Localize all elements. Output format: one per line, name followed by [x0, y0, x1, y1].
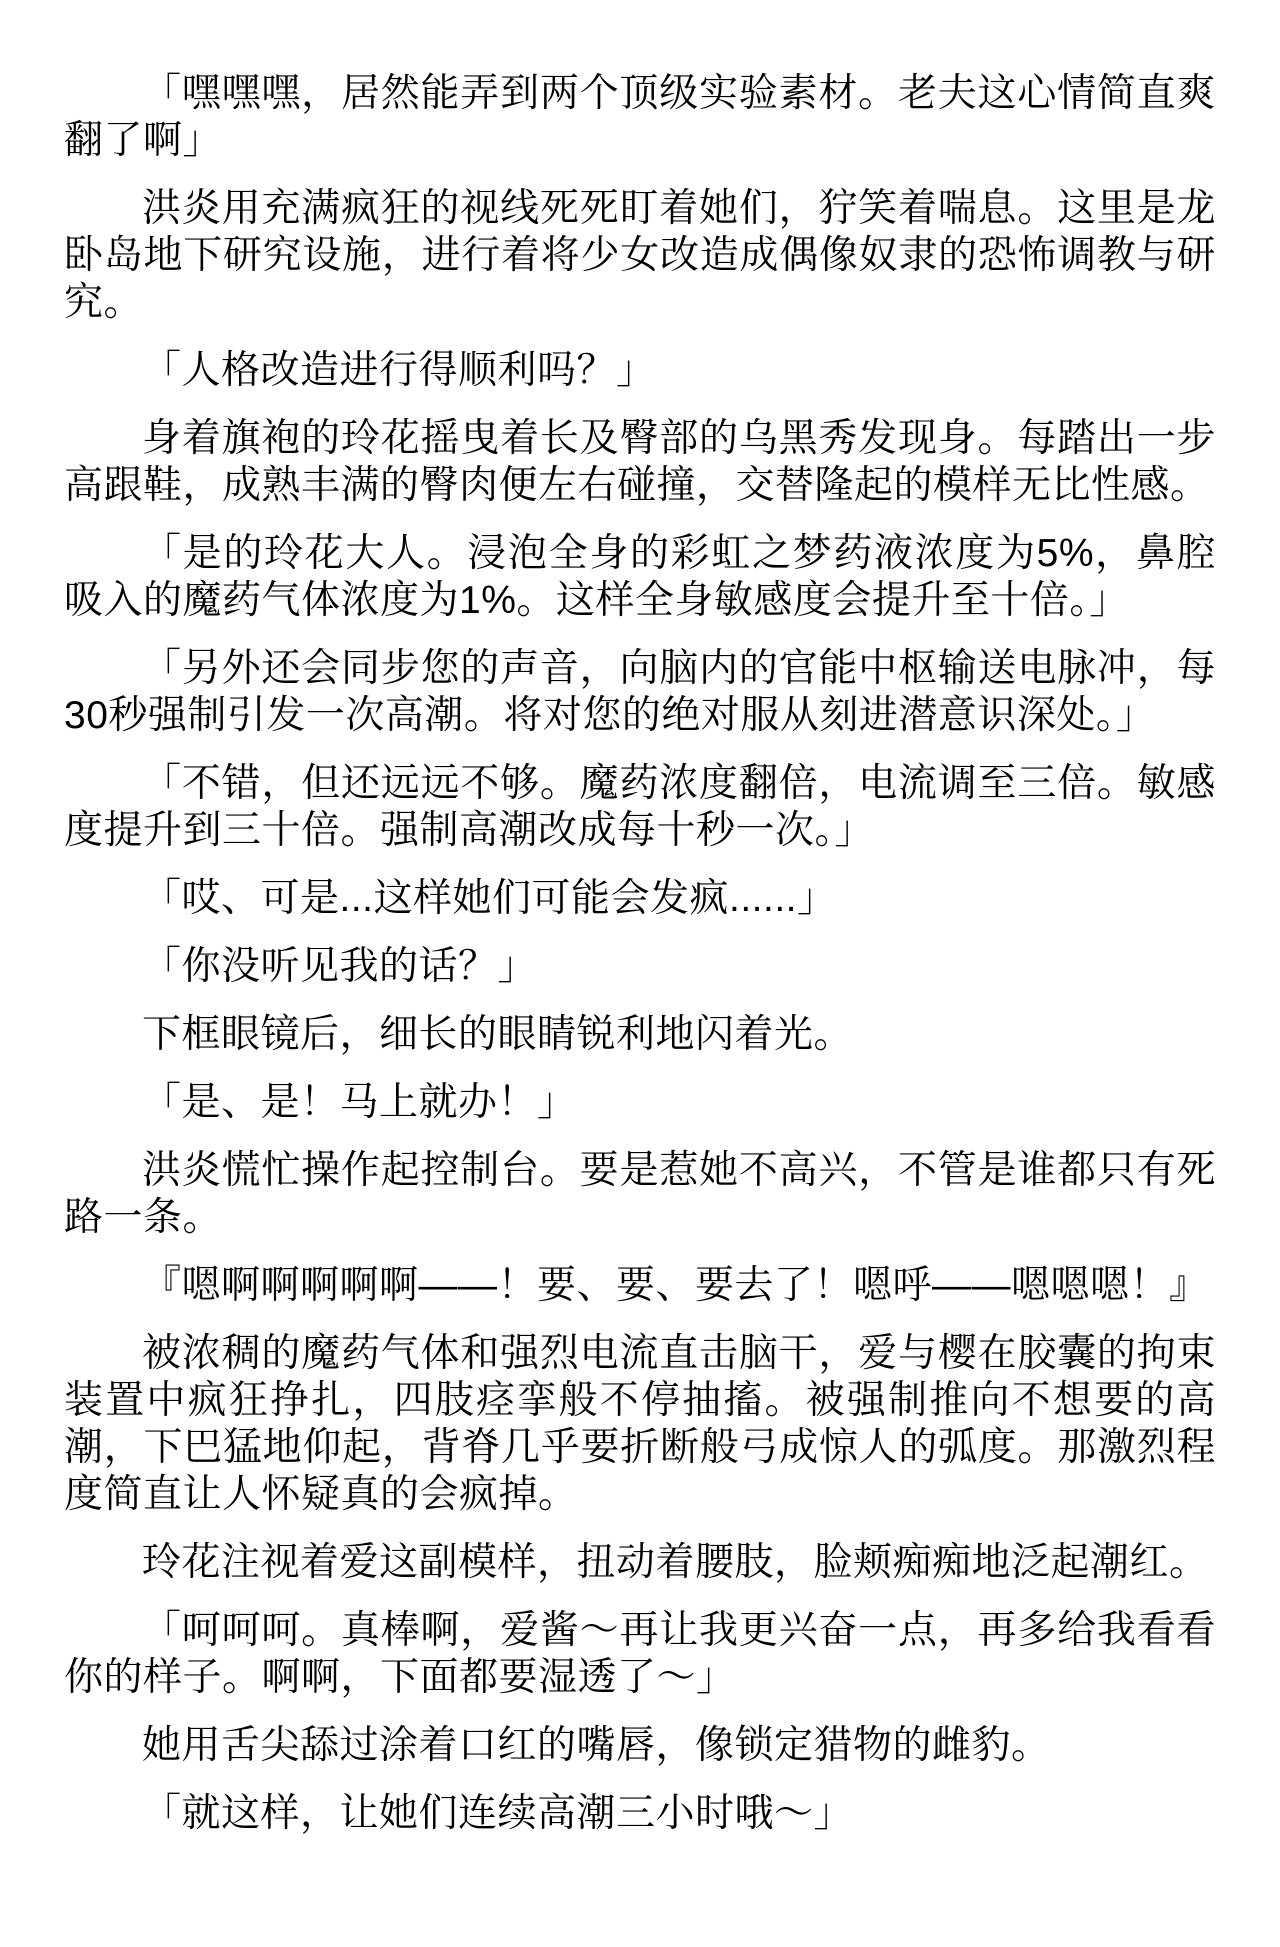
paragraph-narration-4: 洪炎慌忙操作起控制台。要是惹她不高兴，不管是谁都只有死路一条。	[64, 1147, 1216, 1241]
document-page: 「嘿嘿嘿，居然能弄到两个顶级实验素材。老夫这心情简直爽翻了啊」 洪炎用充满疯狂的…	[0, 0, 1280, 1947]
paragraph-dialogue-4: 「另外还会同步您的声音，向脑内的官能中枢输送电脉冲，每30秒强制引发一次高潮。将…	[64, 645, 1216, 739]
paragraph-dialogue-10: 「就这样，让她们连续高潮三小时哦～」	[64, 1790, 1216, 1837]
paragraph-narration-3: 下框眼镜后，细长的眼睛锐利地闪着光。	[64, 1011, 1216, 1058]
paragraph-dialogue-8: 「是、是！马上就办！」	[64, 1079, 1216, 1126]
paragraph-dialogue-2: 「人格改造进行得顺利吗？」	[64, 347, 1216, 394]
paragraph-narration-5: 被浓稠的魔药气体和强烈电流直击脑干，爱与樱在胶囊的拘束装置中疯狂挣扎，四肢痉挛般…	[64, 1330, 1216, 1518]
paragraph-narration-7: 她用舌尖舔过涂着口红的嘴唇，像锁定猎物的雌豹。	[64, 1722, 1216, 1769]
paragraph-dialogue-7: 「你没听见我的话？」	[64, 943, 1216, 990]
paragraph-narration-2: 身着旗袍的玲花摇曳着长及臀部的乌黑秀发现身。每踏出一步高跟鞋，成熟丰满的臀肉便左…	[64, 415, 1216, 509]
paragraph-dialogue-1: 「嘿嘿嘿，居然能弄到两个顶级实验素材。老夫这心情简直爽翻了啊」	[64, 70, 1216, 164]
paragraph-narration-1: 洪炎用充满疯狂的视线死死盯着她们，狞笑着喘息。这里是龙卧岛地下研究设施，进行着将…	[64, 185, 1216, 326]
paragraph-dialogue-5: 「不错，但还远远不够。魔药浓度翻倍，电流调至三倍。敏感度提升到三十倍。强制高潮改…	[64, 760, 1216, 854]
paragraph-dialogue-6: 「哎、可是...这样她们可能会发疯......」	[64, 875, 1216, 922]
paragraph-dialogue-3: 「是的玲花大人。浸泡全身的彩虹之梦药液浓度为5%，鼻腔吸入的魔药气体浓度为1%。…	[64, 530, 1216, 624]
paragraph-exclamation: 『嗯啊啊啊啊啊——！要、要、要去了！嗯呼——嗯嗯嗯！』	[64, 1262, 1216, 1309]
paragraph-dialogue-9: 「呵呵呵。真棒啊，爱酱～再让我更兴奋一点，再多给我看看你的样子。啊啊，下面都要湿…	[64, 1607, 1216, 1701]
paragraph-narration-6: 玲花注视着爱这副模样，扭动着腰肢，脸颊痴痴地泛起潮红。	[64, 1539, 1216, 1586]
